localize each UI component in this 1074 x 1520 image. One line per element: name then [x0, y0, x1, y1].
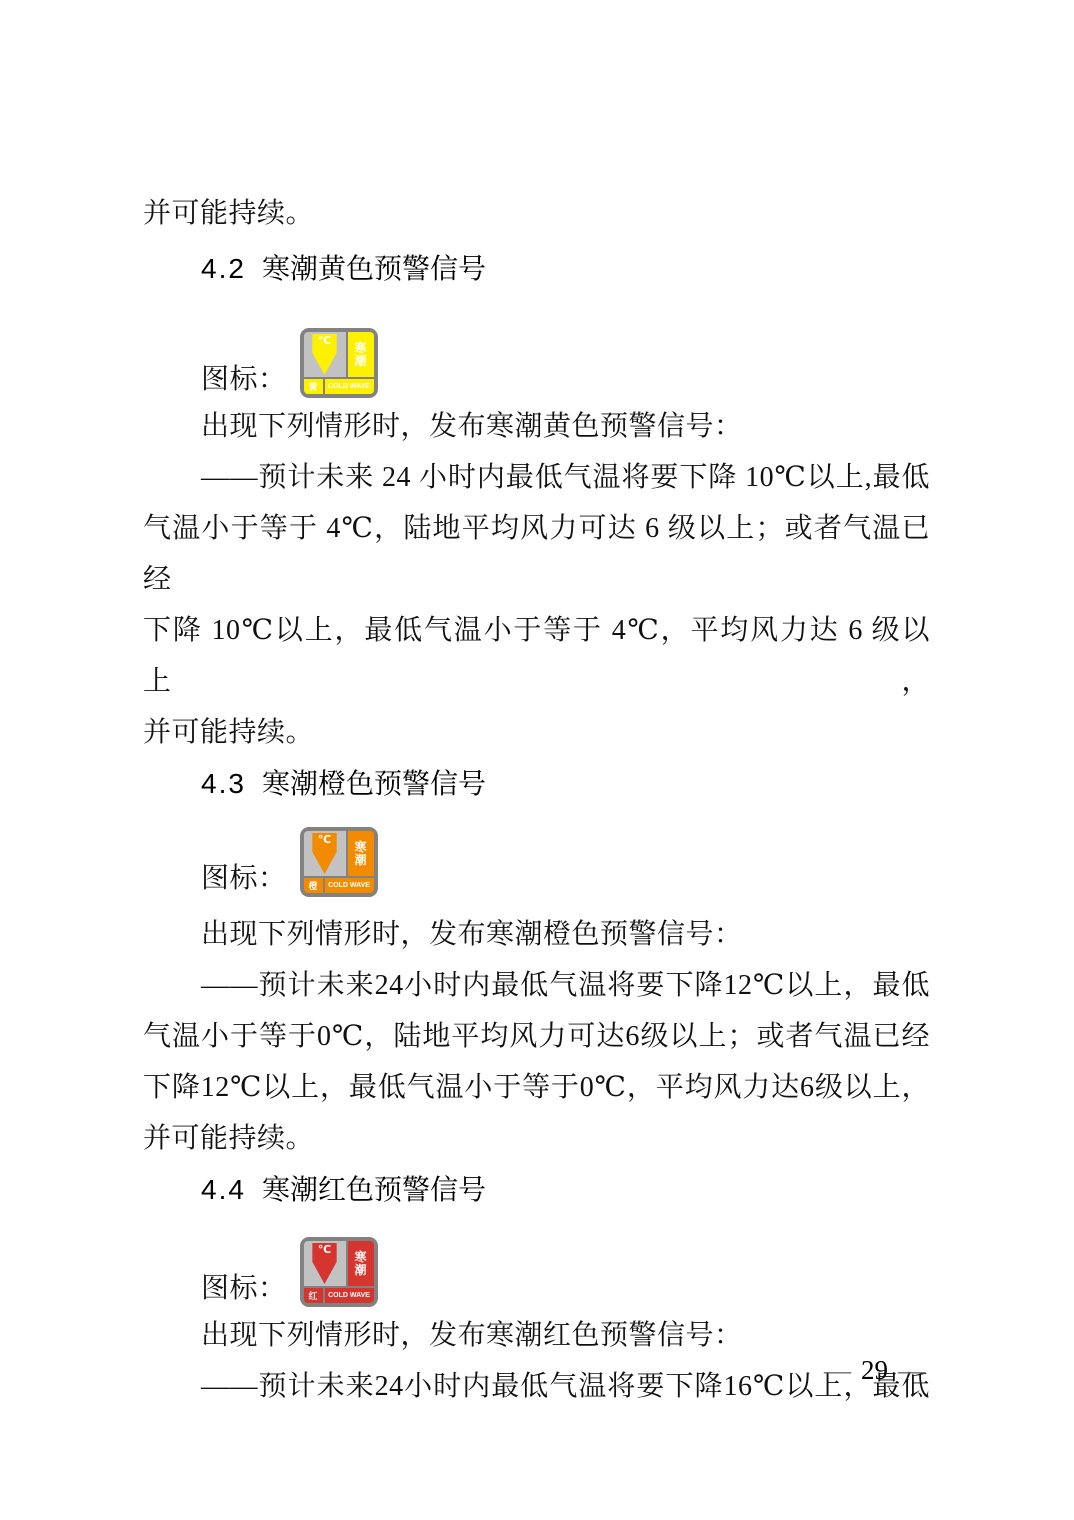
criteria-paragraph: ——预计未来24小时内最低气温将要下降16℃以上，最低 — [143, 1361, 930, 1412]
icon-caption-label: 图标： — [201, 354, 287, 405]
body-line: ——预计未来 24 小时内最低气温将要下降 10℃以上,最低 — [143, 452, 930, 503]
cold-wave-name-panel: 寒 潮 — [348, 1241, 374, 1286]
cold-wave-english-label: COLD WAVE — [325, 878, 374, 893]
criteria-paragraph: ——预计未来24小时内最低气温将要下降12℃以上，最低 气温小于等于0℃，陆地平… — [143, 960, 930, 1164]
cold-wave-english-label: COLD WAVE — [325, 379, 374, 394]
icon-caption-label: 图标： — [201, 853, 287, 904]
cold-wave-name-panel: 寒 潮 — [348, 332, 374, 377]
intro-line: 出现下列情形时，发布寒潮橙色预警信号： — [143, 909, 930, 960]
icon-caption-label: 图标： — [201, 1263, 287, 1314]
section-heading-4-3: 4.3寒潮橙色预警信号 — [143, 758, 930, 810]
section-title: 寒潮黄色预警信号 — [262, 254, 486, 285]
body-line: 并可能持续。 — [143, 188, 930, 239]
warning-level-char: 红 — [304, 1288, 323, 1303]
body-line: 气温小于等于 4℃，陆地平均风力可达 6 级以上；或者气温已经 — [143, 503, 930, 605]
icon-row: 图标： ℃ 寒 潮 黄 COLD WAVE — [143, 328, 930, 398]
body-line: 下降 10℃以上，最低气温小于等于 4℃，平均风力达 6 级以上， — [143, 605, 930, 707]
cold-wave-char-bottom: 潮 — [355, 355, 367, 368]
intro-line: 出现下列情形时，发布寒潮黄色预警信号： — [143, 401, 930, 452]
document-page: 并可能持续。 4.2寒潮黄色预警信号 图标： ℃ 寒 潮 黄 COLD WAVE — [0, 0, 1074, 1520]
cold-wave-english-label: COLD WAVE — [325, 1288, 374, 1303]
cold-wave-char-top: 寒 — [355, 342, 367, 355]
page-number: — 29 — — [824, 1352, 925, 1388]
page-number-dash: — — [824, 1352, 851, 1388]
cold-wave-red-icon: ℃ 寒 潮 红 COLD WAVE — [300, 1237, 378, 1307]
section-heading-4-2: 4.2寒潮黄色预警信号 — [143, 243, 930, 295]
section-heading-4-4: 4.4寒潮红色预警信号 — [143, 1164, 930, 1216]
cold-wave-orange-icon: ℃ 寒 潮 橙 COLD WAVE — [300, 827, 378, 897]
section-title: 寒潮橙色预警信号 — [262, 769, 486, 800]
cold-wave-char-top: 寒 — [355, 1251, 367, 1264]
cold-wave-char-top: 寒 — [355, 841, 367, 854]
icon-row: 图标： ℃ 寒 潮 橙 COLD WAVE — [143, 827, 930, 897]
body-line: ——预计未来24小时内最低气温将要下降12℃以上，最低 — [143, 960, 930, 1011]
intro-line: 出现下列情形时，发布寒潮红色预警信号： — [143, 1310, 930, 1361]
temperature-arrow-panel: ℃ — [304, 1241, 346, 1286]
section-number: 4.4 — [201, 1174, 246, 1205]
temperature-arrow-panel: ℃ — [304, 831, 346, 876]
cold-wave-yellow-icon: ℃ 寒 潮 黄 COLD WAVE — [300, 328, 378, 398]
page-number-dash: — — [898, 1352, 925, 1388]
icon-row: 图标： ℃ 寒 潮 红 COLD WAVE — [143, 1237, 930, 1307]
body-line: ——预计未来24小时内最低气温将要下降16℃以上，最低 — [143, 1361, 930, 1412]
body-line: 下降12℃以上，最低气温小于等于0℃，平均风力达6级以上， — [143, 1062, 930, 1113]
body-line: 并可能持续。 — [143, 1113, 930, 1164]
cold-wave-char-bottom: 潮 — [355, 1264, 367, 1277]
celsius-label: ℃ — [304, 1243, 346, 1257]
celsius-label: ℃ — [304, 833, 346, 847]
section-number: 4.2 — [201, 253, 246, 284]
page-number-value: 29 — [861, 1352, 888, 1388]
body-line: 并可能持续。 — [143, 707, 930, 758]
section-number: 4.3 — [201, 768, 246, 799]
temperature-arrow-panel: ℃ — [304, 332, 346, 377]
warning-level-char: 橙 — [304, 878, 323, 893]
criteria-paragraph: ——预计未来 24 小时内最低气温将要下降 10℃以上,最低 气温小于等于 4℃… — [143, 452, 930, 758]
cold-wave-name-panel: 寒 潮 — [348, 831, 374, 876]
celsius-label: ℃ — [304, 334, 346, 348]
body-line: 气温小于等于0℃，陆地平均风力可达6级以上；或者气温已经 — [143, 1011, 930, 1062]
cold-wave-char-bottom: 潮 — [355, 854, 367, 867]
warning-level-char: 黄 — [304, 379, 323, 394]
section-title: 寒潮红色预警信号 — [262, 1175, 486, 1206]
